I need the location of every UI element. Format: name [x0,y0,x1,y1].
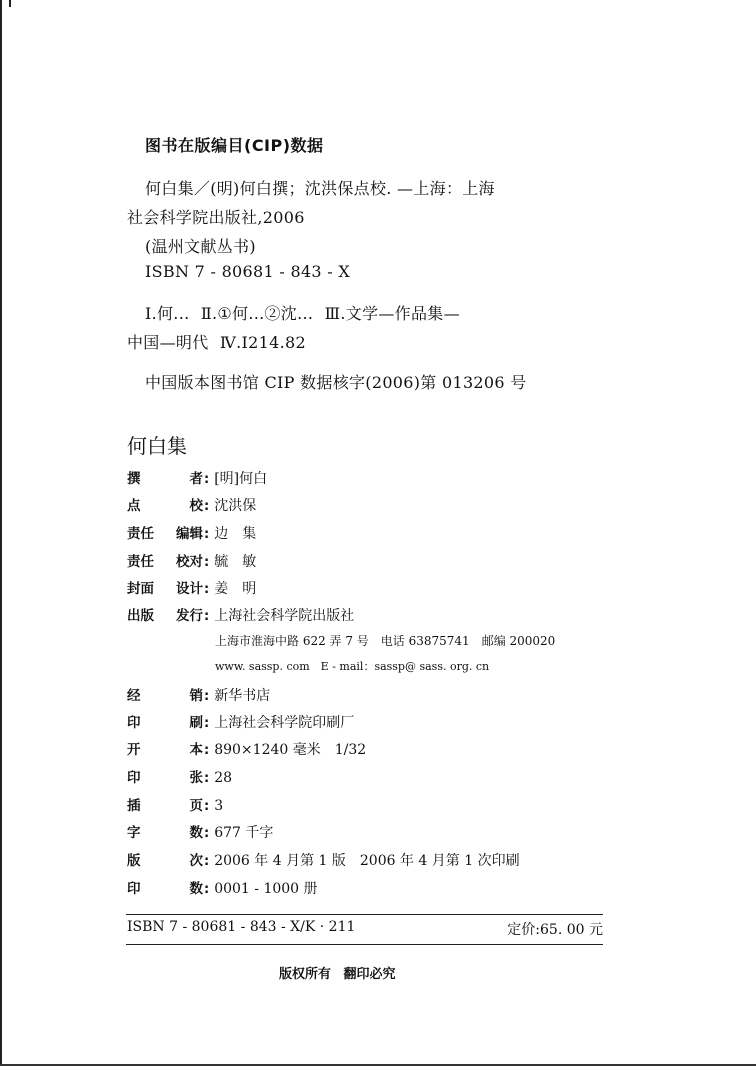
cip-heading: 图书在版编目(CIP)数据 [145,133,324,156]
spec-row-printer: 印刷:上海社会科学院印刷厂 [127,711,354,732]
credit-value: 姜 明 [214,578,256,598]
spec-value: 677 千字 [214,822,273,842]
spec-row-word-count: 字数:677 千字 [127,821,273,842]
credit-row-collation: 点校:沈洪保 [127,494,256,515]
publisher-web: www. sassp. com E - mail：sassp@ sass. or… [215,658,489,674]
footer-bottom-rule [126,944,603,945]
cip-line-classification-cont: 中国—明代 Ⅳ.I214.82 [127,330,306,353]
cip-line-1: 何白集／(明)何白撰；沈洪保点校. —上海：上海 [145,176,495,199]
credit-value: 边 集 [214,523,256,543]
spec-value: 上海社会科学院印刷厂 [214,712,354,732]
publisher-address: 上海市淮海中路 622 弄 7 号 电话 63875741 邮编 200020 [215,632,555,649]
cip-line-record-number: 中国版本图书馆 CIP 数据核字(2006)第 013206 号 [145,370,527,393]
credit-label: 封面设计 [127,577,203,597]
spec-value: 3 [214,798,223,814]
spec-label: 插页 [127,794,203,814]
credit-value: 毓 敏 [214,551,256,571]
footer-top-rule [126,914,603,915]
spec-row-format: 开本:890×1240 毫米 1/32 [127,738,366,759]
spec-value: 28 [214,770,232,786]
credit-row-editor: 责任编辑:边 集 [127,522,256,543]
credit-label: 责任校对 [127,550,203,570]
credit-row-cover-design: 封面设计:姜 明 [127,577,256,598]
spec-label: 印张 [127,766,203,786]
spec-label: 印刷 [127,711,203,731]
page-bottom-border [0,1064,756,1066]
spec-row-edition: 版次:2006 年 4 月第 1 版 2006 年 4 月第 1 次印刷 [127,849,520,870]
credit-value: [明]何白 [214,468,267,488]
crop-mark [9,0,11,7]
copyright-notice: 版权所有 翻印必究 [279,963,396,982]
credit-row-publisher: 出版发行:上海社会科学院出版社 [127,604,354,625]
page-left-border [0,0,2,1066]
spec-value: 0001 - 1000 册 [214,878,317,898]
cip-line-classification: Ⅰ.何... Ⅱ.①何...②沈... Ⅲ.文学—作品集— [145,301,460,324]
credit-value: 上海社会科学院出版社 [214,605,354,625]
credit-row-author: 撰者:[明]何白 [127,467,267,488]
spec-row-plates: 插页:3 [127,794,223,814]
spec-label: 印数 [127,877,203,897]
spec-row-print-run: 印数:0001 - 1000 册 [127,877,318,898]
credit-value: 沈洪保 [214,495,256,515]
spec-row-distributor: 经销:新华书店 [127,684,270,705]
spec-value: 890×1240 毫米 1/32 [214,739,366,759]
spec-label: 版次 [127,849,203,869]
footer-price: 定价:65. 00 元 [507,919,603,939]
cip-line-isbn: ISBN 7 - 80681 - 843 - X [145,262,350,281]
footer-isbn: ISBN 7 - 80681 - 843 - X/K · 211 [127,919,355,935]
credit-label: 出版发行 [127,604,203,624]
spec-label: 字数 [127,821,203,841]
spec-label: 开本 [127,738,203,758]
cip-line-2: 社会科学院出版社,2006 [127,205,305,228]
spec-label: 经销 [127,684,203,704]
cip-line-3: (温州文献丛书) [145,234,256,257]
spec-value: 新华书店 [214,685,270,705]
credit-label: 撰者 [127,467,203,487]
book-title: 何白集 [127,430,187,459]
spec-row-sheets: 印张:28 [127,766,232,786]
spec-value: 2006 年 4 月第 1 版 2006 年 4 月第 1 次印刷 [214,850,519,870]
credit-label: 点校 [127,494,203,514]
credit-row-proofreader: 责任校对:毓 敏 [127,550,256,571]
credit-label: 责任编辑 [127,522,203,542]
